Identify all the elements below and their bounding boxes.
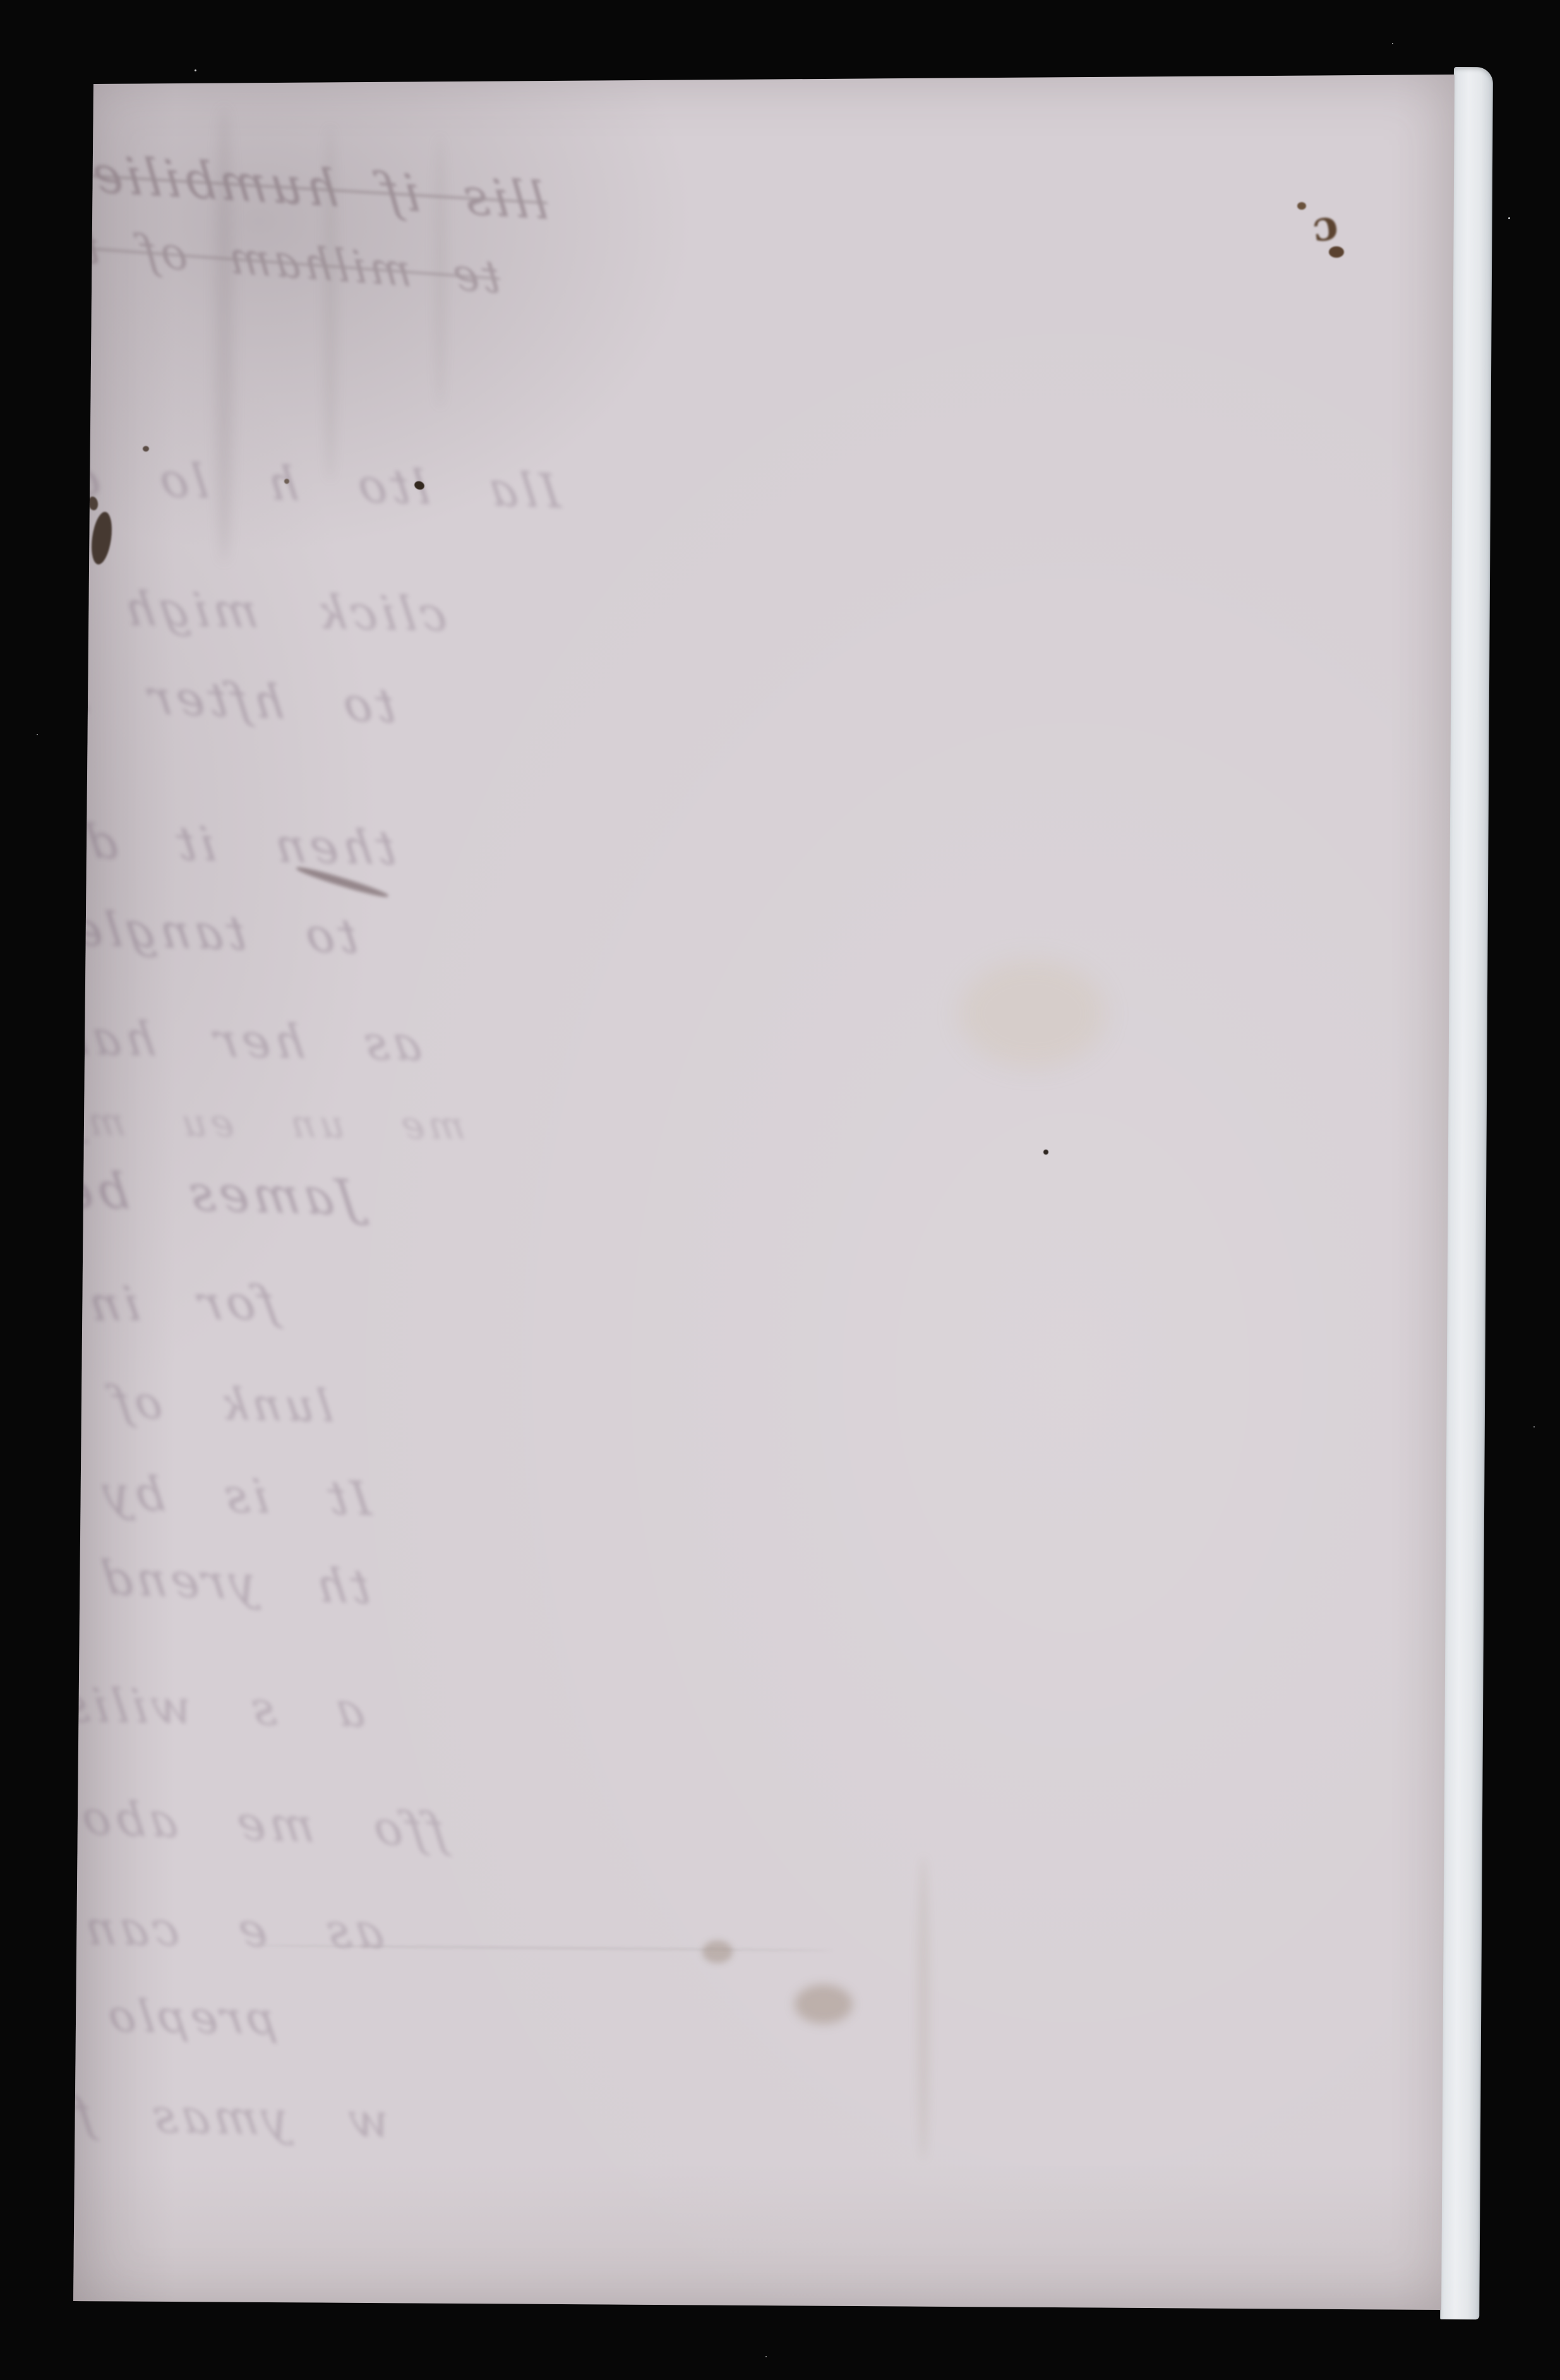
ghost-text-line: a s wilist (33, 1678, 368, 1738)
dust-speck (1508, 217, 1510, 219)
ghost-text-line: click migh do hand (0, 576, 450, 642)
ghost-text-line: me un eu my met (0, 1098, 467, 1148)
manuscript-page: llis if humbilie hil nte milham of therd… (0, 0, 1560, 2380)
photo-canvas: { "scene": { "background_color": "#07070… (0, 0, 1560, 2380)
dust-speck (1392, 43, 1393, 44)
ghost-text-line: as e can swreck (0, 1899, 387, 1959)
dust-speck (195, 69, 196, 71)
ghost-text-line: as her habilty liked (0, 1006, 424, 1071)
dust-speck (765, 2356, 767, 2357)
dust-speck (37, 734, 38, 735)
ghost-text-line: w ymas forth (0, 2085, 393, 2149)
dust-speck (1533, 1426, 1535, 1427)
ghost-text-line: for in it mistamilite (0, 1276, 280, 1335)
